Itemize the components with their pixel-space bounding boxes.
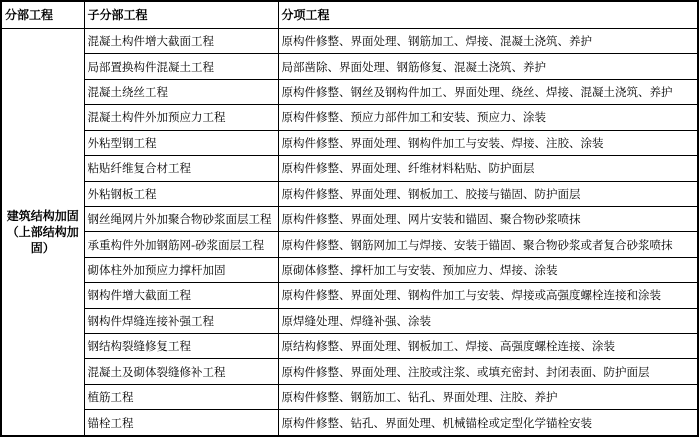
header-sub-division: 子分部工程	[84, 1, 278, 29]
sub-division-cell: 承重构件外加钢筋网-砂浆面层工程	[84, 232, 278, 257]
sub-division-cell: 外粘型钢工程	[84, 130, 278, 155]
table-row: 钢结构裂缝修复工程 原结构修整、界面处理、钢板加工、焊接、高强度螺栓连接、涂装	[1, 334, 698, 359]
sub-items-cell: 原构件修整、界面处理、钢构件加工与安装、焊接、注胶、涂装	[278, 130, 698, 155]
construction-divisions-table: 分部工程 子分部工程 分项工程 建筑结构加固（上部结构加固） 混凝土构件增大截面…	[0, 0, 699, 437]
table-row: 混凝土绕丝工程 原构件修整、钢丝及钢构件加工、界面处理、绕丝、焊接、混凝土浇筑、…	[1, 79, 698, 104]
sub-items-cell: 原构件修整、界面处理、钢板加工、胶接与锚固、防护面层	[278, 181, 698, 206]
sub-division-cell: 混凝土构件外加预应力工程	[84, 105, 278, 130]
sub-items-cell: 原构件修整、界面处理、网片安装和锚固、聚合物砂浆喷抹	[278, 206, 698, 231]
sub-items-cell: 原构件修整、界面处理、钢筋加工、焊接、混凝土浇筑、养护	[278, 29, 698, 54]
table-row: 钢丝绳网片外加聚合物砂浆面层工程 原构件修整、界面处理、网片安装和锚固、聚合物砂…	[1, 206, 698, 231]
sub-division-cell: 钢结构裂缝修复工程	[84, 334, 278, 359]
sub-items-cell: 原构件修整、钢筋加工、钻孔、界面处理、注胶、养护	[278, 384, 698, 409]
sub-division-cell: 混凝土构件增大截面工程	[84, 29, 278, 54]
table-row: 外粘型钢工程 原构件修整、界面处理、钢构件加工与安装、焊接、注胶、涂装	[1, 130, 698, 155]
sub-items-cell: 原构件修整、界面处理、纤维材料粘贴、防护面层	[278, 156, 698, 181]
table-row: 粘贴纤维复合材工程 原构件修整、界面处理、纤维材料粘贴、防护面层	[1, 156, 698, 181]
sub-division-cell: 钢构件增大截面工程	[84, 283, 278, 308]
sub-items-cell: 原构件修整、预应力部件加工和安装、预应力、涂装	[278, 105, 698, 130]
sub-items-cell: 局部凿除、界面处理、钢筋修复、混凝土浇筑、养护	[278, 54, 698, 79]
sub-division-cell: 混凝土及砌体裂缝修补工程	[84, 359, 278, 384]
sub-items-cell: 原结构修整、界面处理、钢板加工、焊接、高强度螺栓连接、涂装	[278, 334, 698, 359]
table-row: 钢构件增大截面工程 原构件修整、界面处理、钢构件加工与安装、焊接或高强度螺栓连接…	[1, 283, 698, 308]
header-row: 分部工程 子分部工程 分项工程	[1, 1, 698, 29]
table-row: 钢构件焊缝连接补强工程 原焊缝处理、焊缝补强、涂装	[1, 308, 698, 333]
header-sub-items: 分项工程	[278, 1, 698, 29]
table-row: 外粘钢板工程 原构件修整、界面处理、钢板加工、胶接与锚固、防护面层	[1, 181, 698, 206]
sub-items-cell: 原构件修整、界面处理、注胶或注浆、或填充密封、封闭表面、防护面层	[278, 359, 698, 384]
sub-items-cell: 原构件修整、钢筋网加工与焊接、安装于锚固、聚合物砂浆或者复合砂浆喷抹	[278, 232, 698, 257]
table-row: 承重构件外加钢筋网-砂浆面层工程 原构件修整、钢筋网加工与焊接、安装于锚固、聚合…	[1, 232, 698, 257]
sub-items-cell: 原砌体修整、撑杆加工与安装、预加应力、焊接、涂装	[278, 257, 698, 282]
sub-division-cell: 粘贴纤维复合材工程	[84, 156, 278, 181]
sub-division-cell: 锚栓工程	[84, 410, 278, 436]
table-row: 砌体柱外加预应力撑杆加固 原砌体修整、撑杆加工与安装、预加应力、焊接、涂装	[1, 257, 698, 282]
header-division: 分部工程	[1, 1, 84, 29]
sub-items-cell: 原构件修整、钢丝及钢构件加工、界面处理、绕丝、焊接、混凝土浇筑、养护	[278, 79, 698, 104]
table-row: 局部置换构件混凝土工程 局部凿除、界面处理、钢筋修复、混凝土浇筑、养护	[1, 54, 698, 79]
sub-division-cell: 钢丝绳网片外加聚合物砂浆面层工程	[84, 206, 278, 231]
sub-items-cell: 原构件修整、钻孔、界面处理、机械锚栓或定型化学锚栓安装	[278, 410, 698, 436]
table-row: 建筑结构加固（上部结构加固） 混凝土构件增大截面工程 原构件修整、界面处理、钢筋…	[1, 29, 698, 54]
sub-items-cell: 原焊缝处理、焊缝补强、涂装	[278, 308, 698, 333]
sub-division-cell: 外粘钢板工程	[84, 181, 278, 206]
sub-division-cell: 混凝土绕丝工程	[84, 79, 278, 104]
sub-division-cell: 砌体柱外加预应力撑杆加固	[84, 257, 278, 282]
sub-division-cell: 钢构件焊缝连接补强工程	[84, 308, 278, 333]
table-row: 混凝土构件外加预应力工程 原构件修整、预应力部件加工和安装、预应力、涂装	[1, 105, 698, 130]
division-cell: 建筑结构加固（上部结构加固）	[1, 29, 84, 437]
table-row: 锚栓工程 原构件修整、钻孔、界面处理、机械锚栓或定型化学锚栓安装	[1, 410, 698, 436]
sub-division-cell: 植筋工程	[84, 384, 278, 409]
sub-division-cell: 局部置换构件混凝土工程	[84, 54, 278, 79]
sub-items-cell: 原构件修整、界面处理、钢构件加工与安装、焊接或高强度螺栓连接和涂装	[278, 283, 698, 308]
table-row: 植筋工程 原构件修整、钢筋加工、钻孔、界面处理、注胶、养护	[1, 384, 698, 409]
table-row: 混凝土及砌体裂缝修补工程 原构件修整、界面处理、注胶或注浆、或填充密封、封闭表面…	[1, 359, 698, 384]
